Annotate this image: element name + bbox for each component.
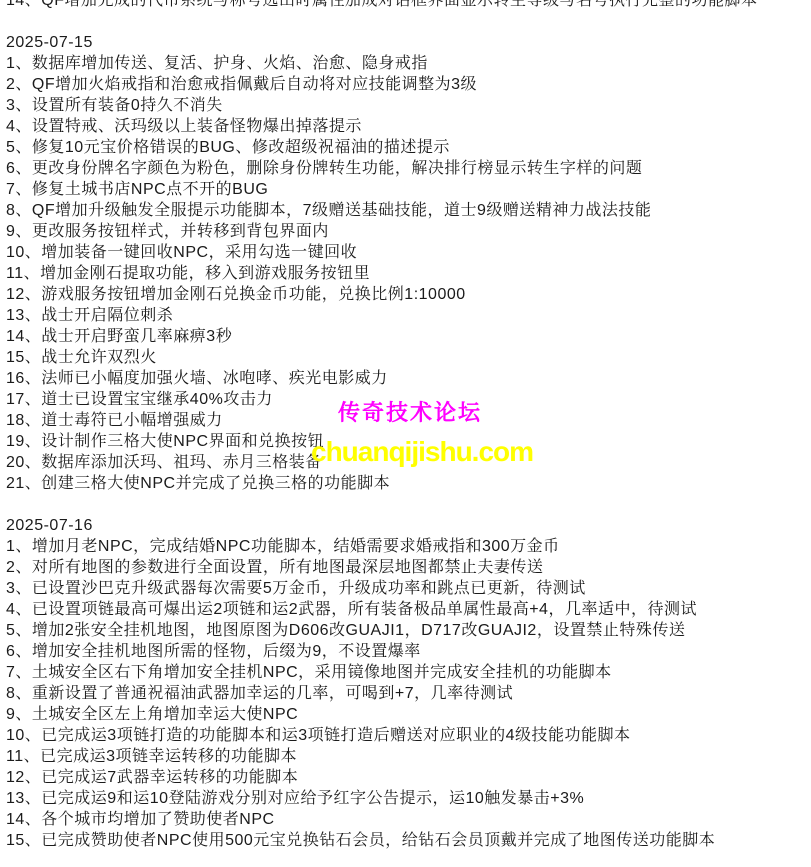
log-line: 15、战士允许双烈火: [6, 347, 811, 368]
log-line: 13、战士开启隔位刺杀: [6, 305, 811, 326]
date-heading: 2025-07-15: [6, 32, 811, 53]
log-line: 13、已完成运9和运10登陆游戏分别对应给予红字公告提示，运10触发暴击+3%: [6, 788, 811, 809]
log-line: 14、各个城市均增加了赞助使者NPC: [6, 809, 811, 830]
log-line: 5、修复10元宝价格错误的BUG、修改超级祝福油的描述提示: [6, 137, 811, 158]
log-line: 4、设置特戒、沃玛级以上装备怪物爆出掉落提示: [6, 116, 811, 137]
log-line: 4、已设置项链最高可爆出运2项链和运2武器，所有装备极品单属性最高+4，几率适中…: [6, 599, 811, 620]
log-line: 3、设置所有装备0持久不消失: [6, 95, 811, 116]
log-line: 6、更改身份牌名字颜色为粉色，删除身份牌转生功能，解决排行榜显示转生字样的问题: [6, 158, 811, 179]
log-line: 15、已完成赞助使者NPC使用500元宝兑换钻石会员，给钻石会员顶戴并完成了地图…: [6, 830, 811, 851]
log-line: 3、已设置沙巴克升级武器每次需要5万金币，升级成功率和跳点已更新，待测试: [6, 578, 811, 599]
changelog-page: { "document": { "clipped_top_line": "14、…: [0, 0, 811, 867]
doc-lines: 14、QF增加完成的代币系统与称号选出时属性加成对话框界面显示转生等级与名号执行…: [0, 0, 811, 851]
log-line: 18、道士毒符已小幅增强威力: [6, 410, 811, 431]
log-line: 11、已完成运3项链幸运转移的功能脚本: [6, 746, 811, 767]
log-line: 8、重新设置了普通祝福油武器加幸运的几率，可喝到+7，几率待测试: [6, 683, 811, 704]
log-line: 9、更改服务按钮样式，并转移到背包界面内: [6, 221, 811, 242]
blank-line: [6, 11, 811, 32]
log-line: 12、游戏服务按钮增加金刚石兑换金币功能，兑换比例1:10000: [6, 284, 811, 305]
log-line: 2、QF增加火焰戒指和治愈戒指佩戴后自动将对应技能调整为3级: [6, 74, 811, 95]
log-line: 11、增加金刚石提取功能，移入到游戏服务按钮里: [6, 263, 811, 284]
log-line: 1、数据库增加传送、复活、护身、火焰、治愈、隐身戒指: [6, 53, 811, 74]
log-line: 17、道士已设置宝宝继承40%攻击力: [6, 389, 811, 410]
log-line: 21、创建三格大使NPC并完成了兑换三格的功能脚本: [6, 473, 811, 494]
log-line: 9、土城安全区左上角增加幸运大使NPC: [6, 704, 811, 725]
log-line: 12、已完成运7武器幸运转移的功能脚本: [6, 767, 811, 788]
log-line: 5、增加2张安全挂机地图，地图原图为D606改GUAJI1，D717改GUAJI…: [6, 620, 811, 641]
log-line: 16、法师已小幅度加强火墙、冰咆哮、疾光电影威力: [6, 368, 811, 389]
log-line: 6、增加安全挂机地图所需的怪物，后缀为9，不设置爆率: [6, 641, 811, 662]
log-line: 8、QF增加升级触发全服提示功能脚本，7级赠送基础技能，道士9级赠送精神力战法技…: [6, 200, 811, 221]
log-line: 14、战士开启野蛮几率麻痹3秒: [6, 326, 811, 347]
blank-line: [6, 494, 811, 515]
log-line: 1、增加月老NPC，完成结婚NPC功能脚本，结婚需要求婚戒指和300万金币: [6, 536, 811, 557]
log-line: 7、修复土城书店NPC点不开的BUG: [6, 179, 811, 200]
date-heading: 2025-07-16: [6, 515, 811, 536]
log-line: 2、对所有地图的参数进行全面设置，所有地图最深层地图都禁止夫妻传送: [6, 557, 811, 578]
log-line: 20、数据库添加沃玛、祖玛、赤月三格装备: [6, 452, 811, 473]
log-line: 19、设计制作三格大使NPC界面和兑换按钮: [6, 431, 811, 452]
log-line: 10、已完成运3项链打造的功能脚本和运3项链打造后赠送对应职业的4级技能功能脚本: [6, 725, 811, 746]
clipped-top-line: 14、QF增加完成的代币系统与称号选出时属性加成对话框界面显示转生等级与名号执行…: [6, 0, 811, 11]
log-line: 10、增加装备一键回收NPC，采用勾选一键回收: [6, 242, 811, 263]
log-line: 7、土城安全区右下角增加安全挂机NPC，采用镜像地图并完成安全挂机的功能脚本: [6, 662, 811, 683]
